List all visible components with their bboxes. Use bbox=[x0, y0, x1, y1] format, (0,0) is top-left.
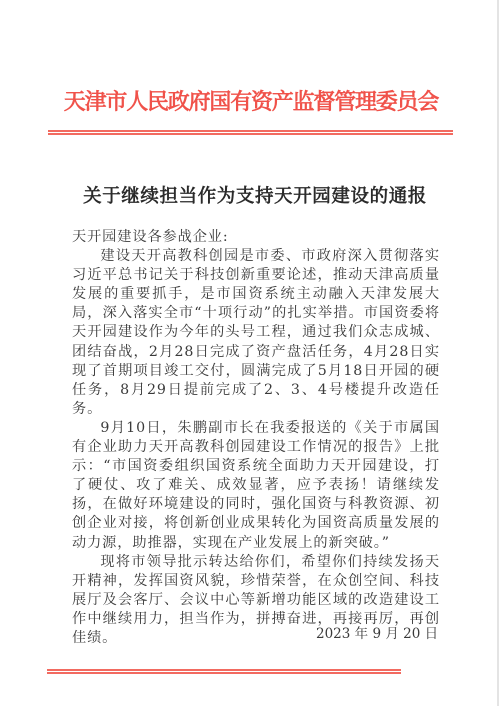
letterhead-double-rule bbox=[48, 130, 453, 135]
issue-date: 2023 年 9 月 20 日 bbox=[316, 624, 428, 644]
document-body: 天开园建设各参战企业: 建设天开高教科创园是市委、市政府深入贯彻落实习近平总书记… bbox=[72, 228, 440, 648]
footer-double-rule bbox=[47, 669, 401, 674]
salutation: 天开园建设各参战企业: bbox=[72, 228, 440, 247]
body-paragraph: 建设天开高教科创园是市委、市政府深入贯彻落实习近平总书记关于科技创新重要论述，推… bbox=[72, 247, 440, 419]
document-page: 天津市人民政府国有资产监督管理委员会 关于继续担当作为支持天开园建设的通报 天开… bbox=[0, 0, 499, 706]
document-title: 关于继续担当作为支持天开园建设的通报 bbox=[60, 183, 450, 211]
letterhead-organization-name: 天津市人民政府国有资产监督管理委员会 bbox=[48, 86, 454, 118]
body-paragraph: 9月10日，朱鹏副市长在我委报送的《关于市属国有企业助力天开高教科创园建设工作情… bbox=[72, 419, 440, 553]
